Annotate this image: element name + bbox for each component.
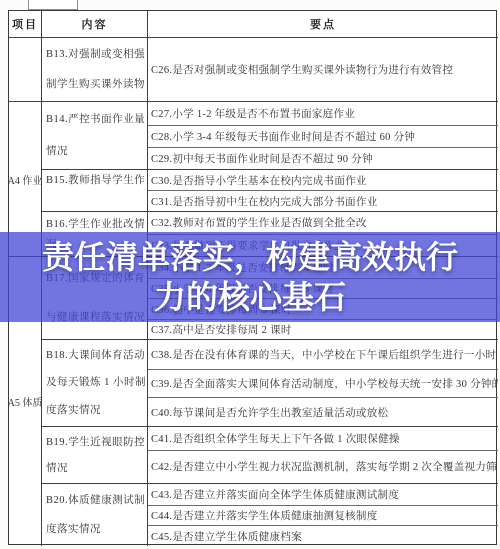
points-cell-B15: C30.是否指导小学生基本在校内完成书面作业C31.是否指导初中生在校内完成大部… (148, 170, 498, 211)
point-line: C29.初中每天书面作业时间是否不超过 90 分钟 (148, 147, 498, 169)
content-line: 情况 (46, 145, 147, 158)
content-line: B18.大课间体育活动 (46, 349, 147, 362)
points-cell-B14: C27.小学 1-2 年级是否不布置书面家庭作业C28.小学 3-4 年级每天书… (148, 102, 498, 169)
points-cell-B20: C43.是否建立并落实面向全体学生体质健康测试制度C44.是否建立并落实学生体质… (148, 484, 498, 546)
content-line: B15.教师指导学生作 (46, 174, 147, 187)
banner-title-line2: 力的核心基石 (154, 277, 346, 317)
content-line: 情况 (46, 462, 147, 475)
content-cell-B15: B15.教师指导学生作 (42, 170, 148, 211)
point-line: C30.是否指导小学生基本在校内完成书面作业 (148, 170, 498, 190)
content-line: 制学生购买课外读物 (46, 78, 147, 91)
point-line: C41.是否组织全体学生每天上下午各做 1 次眼保健操 (148, 427, 498, 450)
row-group-B19: B19.学生近视眼防控情况C41.是否组织全体学生每天上下午各做 1 次眼保健操… (42, 426, 498, 483)
title-banner-overlay: 责任清单落实，构建高效执行 力的核心基石 (0, 232, 500, 322)
content-cell-B19: B19.学生近视眼防控情况 (42, 427, 148, 483)
column-header-content: 内容 (42, 11, 148, 37)
cropped-tab-artifact (28, 0, 78, 10)
points-cell-B19: C41.是否组织全体学生每天上下午各做 1 次眼保健操C42.是否建立中小学生视… (148, 427, 498, 483)
point-line: C28.小学 3-4 年级每天书面作业时间是否不超过 60 分钟 (148, 125, 498, 148)
banner-title-line1: 责任清单落实，构建高效执行 (42, 237, 458, 277)
row-group-B15: B15.教师指导学生作C30.是否指导小学生基本在校内完成书面作业C31.是否指… (42, 169, 498, 211)
point-line: C45.是否建立学生体质健康档案 (148, 525, 498, 546)
point-line: C39.是否全面落实大课间体育活动制度，中小学校每天统一安排 30 分钟的 (148, 369, 498, 398)
content-line: B16.学生作业批改情 (46, 218, 147, 231)
point-line: C43.是否建立并落实面向全体学生体质健康测试制度 (148, 484, 498, 505)
point-line: C27.小学 1-2 年级是否不布置书面家庭作业 (148, 102, 498, 125)
point-line: C37.高中是否安排每周 2 课时 (148, 319, 498, 339)
row-group-B18: B18.大课间体育活动及每天锻炼 1 小时制度落实情况C38.是否在没有体育课的… (42, 339, 498, 426)
column-header-project: 项目 (9, 11, 42, 37)
point-line: C38.是否在没有体育课的当天，中小学校在下午课后组织学生进行一小时 (148, 340, 498, 369)
content-line: B14.严控书面作业量 (46, 113, 147, 126)
row-group-B13: B13.对强制或变相强制学生购买课外读物C26.是否对强制或变相强制学生购买课外… (42, 37, 498, 101)
content-line: 度落实情况 (46, 523, 147, 536)
content-line: B19.学生近视眼防控 (46, 436, 147, 449)
content-cell-B14: B14.严控书面作业量情况 (42, 102, 148, 169)
project-cell-empty (9, 37, 42, 101)
content-line: B13.对强制或变相强 (46, 48, 147, 61)
content-cell-B20: B20.体质健康测试制度落实情况 (42, 484, 148, 546)
points-cell-B18: C38.是否在没有体育课的当天，中小学校在下午课后组织学生进行一小时C39.是否… (148, 340, 498, 426)
content-line: B20.体质健康测试制 (46, 494, 147, 507)
row-group-B20: B20.体质健康测试制度落实情况C43.是否建立并落实面向全体学生体质健康测试制… (42, 483, 498, 546)
row-group-B14: B14.严控书面作业量情况C27.小学 1-2 年级是否不布置书面家庭作业C28… (42, 101, 498, 169)
points-cell-B13: C26.是否对强制或变相强制学生购买课外读物行为进行有效管控 (148, 38, 498, 101)
point-line: C26.是否对强制或变相强制学生购买课外读物行为进行有效管控 (148, 38, 498, 101)
point-line: C42.是否建立中小学生视力状况监测机制，落实每学期 2 次全覆盖视力筛 (148, 450, 498, 483)
point-line: C40.每节课间是否允许学生出教室适量活动或放松 (148, 397, 498, 426)
point-line: C31.是否指导初中生在校内完成大部分书面作业 (148, 190, 498, 211)
content-cell-B13: B13.对强制或变相强制学生购买课外读物 (42, 38, 148, 101)
point-line: C32.教师对布置的学生作业是否做到全批全改 (148, 212, 498, 234)
content-line: 及每天锻炼 1 小时制 (46, 376, 147, 389)
point-line: C44.是否建立并落实学生体质健康抽测复核制度 (148, 505, 498, 526)
column-header-points: 要点 (148, 11, 498, 37)
content-cell-B18: B18.大课间体育活动及每天锻炼 1 小时制度落实情况 (42, 340, 148, 426)
content-line: 度落实情况 (46, 404, 147, 417)
